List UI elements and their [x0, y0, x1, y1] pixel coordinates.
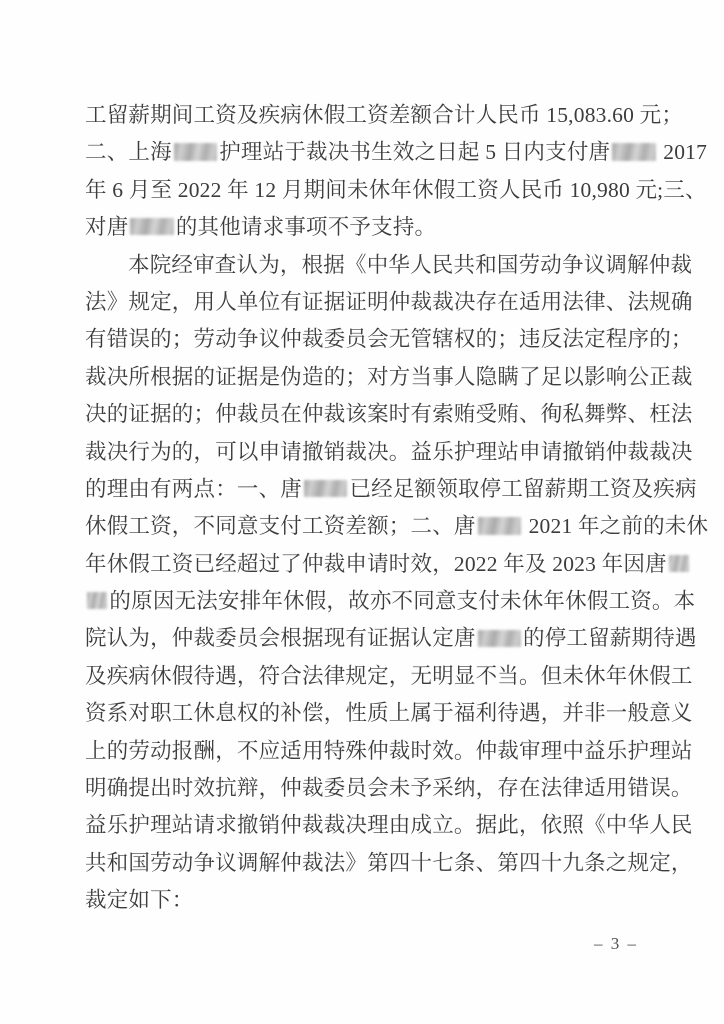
text-run: 的原因无法安排年休假，故亦不同意支付未休年休假工资。本: [109, 589, 695, 613]
text-run: 资系对职工休息权的补偿，性质上属于福利待遇，并非一般意义: [85, 701, 693, 725]
text-run: 益乐护理站请求撤销仲裁裁决理由成立。据此，依照《中华人民: [85, 813, 693, 837]
document-body: 工留薪期间工资及疾病休假工资差额合计人民币 15,083.60 元；二、上海护理…: [85, 97, 645, 920]
document-line: 二、上海护理站于裁决书生效之日起 5 日内支付唐 2017: [85, 134, 645, 171]
document-line: 共和国劳动争议调解仲裁法》第四十七条、第四十九条之规定，: [85, 845, 645, 882]
text-run: 的其他请求事项不予支持。: [176, 215, 436, 239]
text-run: 裁定如下：: [85, 888, 194, 912]
redaction-blur: [87, 592, 107, 609]
redaction-blur: [174, 143, 217, 160]
text-run: 本院经审查认为，根据《中华人民共和国劳动争议调解仲裁: [128, 253, 692, 277]
redaction-blur: [130, 218, 173, 235]
document-line: 的原因无法安排年休假，故亦不同意支付未休年休假工资。本: [85, 583, 645, 620]
page-footer: – 3 –: [578, 934, 654, 954]
text-run: 护理站于裁决书生效之日起 5 日内支付唐: [219, 140, 610, 164]
redaction-blur: [478, 517, 521, 534]
document-line: 休假工资，不同意支付工资差额；二、唐 2021 年之前的未休: [85, 508, 645, 545]
document-line: 对唐的其他请求事项不予支持。: [85, 209, 645, 246]
text-run: 的理由有两点：一、唐: [85, 477, 302, 501]
text-run: 2021 年之前的未休: [523, 514, 708, 538]
text-run: 年休假工资已经超过了仲裁申请时效，2022 年及 2023 年因唐: [85, 552, 667, 576]
text-run: 裁决所根据的证据是伪造的；对方当事人隐瞒了足以影响公正裁: [85, 365, 693, 389]
document-line: 本院经审查认为，根据《中华人民共和国劳动争议调解仲裁: [85, 247, 645, 284]
document-line: 裁决行为的，可以申请撤销裁决。益乐护理站申请撤销仲裁裁决: [85, 434, 645, 471]
text-run: 法》规定，用人单位有证据证明仲裁裁决存在适用法律、法规确: [85, 290, 693, 314]
text-run: 裁决行为的，可以申请撤销裁决。益乐护理站申请撤销仲裁裁决: [85, 440, 693, 464]
document-line: 裁定如下：: [85, 882, 645, 919]
scanned-document-page: 工留薪期间工资及疾病休假工资差额合计人民币 15,083.60 元；二、上海护理…: [0, 0, 724, 1024]
redaction-blur: [669, 555, 689, 572]
text-run: 决的证据的；仲裁员在仲裁该案时有索贿受贿、徇私舞弊、枉法: [85, 402, 693, 426]
document-line: 院认为，仲裁委员会根据现有证据认定唐的停工留薪期待遇: [85, 620, 645, 657]
redaction-blur: [612, 143, 655, 160]
text-run: 的停工留薪期待遇: [523, 626, 697, 650]
document-line: 有错误的；劳动争议仲裁委员会无管辖权的；违反法定程序的；: [85, 321, 645, 358]
document-line: 工留薪期间工资及疾病休假工资差额合计人民币 15,083.60 元；: [85, 97, 645, 134]
document-line: 决的证据的；仲裁员在仲裁该案时有索贿受贿、徇私舞弊、枉法: [85, 396, 645, 433]
document-line: 明确提出时效抗辩，仲裁委员会未予采纳，存在法律适用错误。: [85, 770, 645, 807]
text-run: 休假工资，不同意支付工资差额；二、唐: [85, 514, 476, 538]
text-run: 明确提出时效抗辩，仲裁委员会未予采纳，存在法律适用错误。: [85, 776, 693, 800]
document-line: 年 6 月至 2022 年 12 月期间未休年休假工资人民币 10,980 元;…: [85, 172, 645, 209]
text-run: 及疾病休假待遇，符合法律规定，无明显不当。但未休年休假工: [85, 664, 693, 688]
text-run: 有错误的；劳动争议仲裁委员会无管辖权的；违反法定程序的；: [85, 327, 693, 351]
document-line: 益乐护理站请求撤销仲裁裁决理由成立。据此，依照《中华人民: [85, 807, 645, 844]
document-line: 资系对职工休息权的补偿，性质上属于福利待遇，并非一般意义: [85, 695, 645, 732]
page-number: – 3 –: [594, 934, 638, 953]
redaction-blur: [478, 630, 521, 647]
document-line: 上的劳动报酬，不应适用特殊仲裁时效。仲裁审理中益乐护理站: [85, 733, 645, 770]
text-run: 对唐: [85, 215, 128, 239]
document-line: 年休假工资已经超过了仲裁申请时效，2022 年及 2023 年因唐: [85, 546, 645, 583]
text-run: 2017: [658, 140, 707, 164]
redaction-blur: [304, 480, 347, 497]
text-run: 年 6 月至 2022 年 12 月期间未休年休假工资人民币 10,980 元;…: [85, 178, 707, 202]
text-run: 工留薪期间工资及疾病休假工资差额合计人民币 15,083.60 元；: [85, 103, 683, 127]
text-run: 上的劳动报酬，不应适用特殊仲裁时效。仲裁审理中益乐护理站: [85, 739, 693, 763]
document-line: 的理由有两点：一、唐已经足额领取停工留薪期工资及疾病: [85, 471, 645, 508]
text-run: 共和国劳动争议调解仲裁法》第四十七条、第四十九条之规定，: [85, 851, 693, 875]
text-run: 二、上海: [85, 140, 172, 164]
document-line: 及疾病休假待遇，符合法律规定，无明显不当。但未休年休假工: [85, 658, 645, 695]
text-run: 院认为，仲裁委员会根据现有证据认定唐: [85, 626, 476, 650]
document-line: 法》规定，用人单位有证据证明仲裁裁决存在适用法律、法规确: [85, 284, 645, 321]
document-line: 裁决所根据的证据是伪造的；对方当事人隐瞒了足以影响公正裁: [85, 359, 645, 396]
text-run: 已经足额领取停工留薪期工资及疾病: [349, 477, 696, 501]
